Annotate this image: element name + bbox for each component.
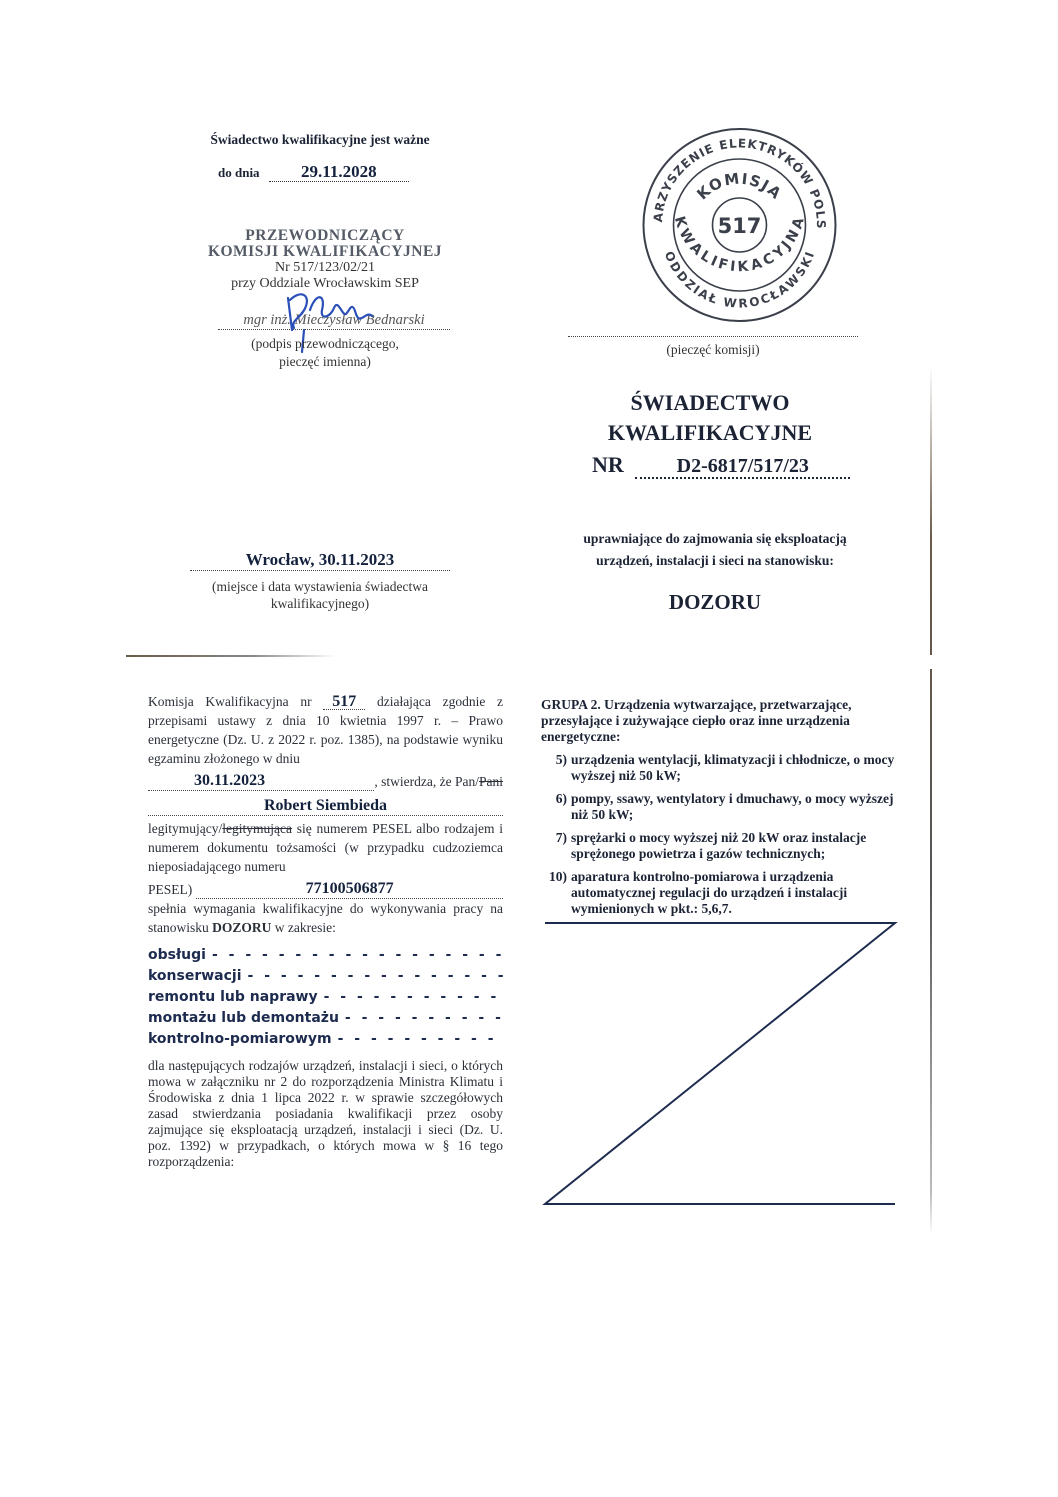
certificate-number-label: NR bbox=[592, 452, 624, 477]
validity-label: Świadectwo kwalifikacyjne jest ważne bbox=[190, 132, 450, 148]
regulation-text: dla następujących rodzajów urządzeń, ins… bbox=[148, 1058, 503, 1170]
issue-caption-1: (miejsce i data wystawienia świadectwa bbox=[185, 578, 455, 595]
device-item-text: urządzenia wentylacji, klimatyzacji i ch… bbox=[571, 752, 903, 784]
exam-date: 30.11.2023 bbox=[148, 772, 374, 791]
scope-item: konserwacji- - - - - - - - - - - - - - -… bbox=[148, 966, 503, 987]
entitlement-line-2: urządzeń, instalacji i sieci na stanowis… bbox=[550, 550, 880, 572]
certificate-number-row: NR D2-6817/517/23 bbox=[592, 452, 850, 479]
validity-prefix: do dnia bbox=[218, 165, 260, 180]
chairman-title-1: PRZEWODNICZĄCY bbox=[190, 228, 460, 244]
entitlement-line-1: uprawniające do zajmowania się eksploata… bbox=[550, 528, 880, 550]
scope-label: konserwacji bbox=[148, 966, 242, 987]
certificate-title-2: KWALIFIKACYJNE bbox=[560, 418, 860, 448]
pesel-text: legitymujący/ bbox=[148, 821, 222, 836]
scope-label: remontu lub naprawy bbox=[148, 987, 318, 1008]
scope-dashes: - - - - - - - - - - - - - - - - - - - - … bbox=[248, 966, 503, 987]
stamp-signature-line bbox=[568, 336, 858, 337]
scope-item: kontrolno-pomiarowym- - - - - - - - - - … bbox=[148, 1029, 503, 1050]
device-item-number: 6) bbox=[541, 791, 571, 823]
void-z-mark bbox=[540, 918, 905, 1213]
scope-dashes: - - - - - - - - - - - - - - - - - - - - … bbox=[212, 945, 503, 966]
issue-caption-2: kwalifikacyjnego) bbox=[185, 595, 455, 612]
device-item: 7)sprężarki o mocy wyższej niż 20 kW ora… bbox=[541, 830, 903, 862]
device-item: 10)aparatura kontrolno-pomiarowa i urząd… bbox=[541, 869, 903, 917]
pesel-row: PESEL) 77100506877 bbox=[148, 880, 503, 899]
certificate-title: ŚWIADECTWO KWALIFIKACYJNE bbox=[560, 388, 860, 448]
position-title: DOZORU bbox=[560, 590, 870, 615]
certificate-body-left: Komisja Kwalifikacyjna nr 517 działająca… bbox=[148, 692, 503, 1170]
certificate-number: D2-6817/517/23 bbox=[635, 455, 850, 479]
chairman-caption-2: pieczęć imienna) bbox=[205, 353, 445, 371]
requirements-text-2: w zakresie: bbox=[275, 920, 336, 935]
validity-date: 29.11.2028 bbox=[269, 163, 409, 182]
validity-row: do dnia 29.11.2028 bbox=[218, 163, 409, 182]
pesel-value: 77100506877 bbox=[196, 880, 503, 899]
chairman-caption: (podpis przewodniczącego, pieczęć imienn… bbox=[205, 335, 445, 371]
certificate-title-1: ŚWIADECTWO bbox=[560, 388, 860, 418]
paragraph-pesel: legitymujący/legitymująca się numerem PE… bbox=[148, 819, 503, 876]
exam-date-row: 30.11.2023 , stwierdza, że Pan/ Pani bbox=[148, 772, 503, 791]
device-item-number: 7) bbox=[541, 830, 571, 862]
scope-label: montażu lub demontażu bbox=[148, 1008, 339, 1029]
scope-label: kontrolno-pomiarowym bbox=[148, 1029, 332, 1050]
commission-text: Komisja Kwalifikacyjna nr bbox=[148, 694, 312, 709]
svg-text:ODDZIAŁ WROCŁAWSKI: ODDZIAŁ WROCŁAWSKI bbox=[662, 249, 818, 310]
scope-item: montażu lub demontażu- - - - - - - - - -… bbox=[148, 1008, 503, 1029]
device-item-text: sprężarki o mocy wyższej niż 20 kW oraz … bbox=[571, 830, 903, 862]
device-item: 5)urządzenia wentylacji, klimatyzacji i … bbox=[541, 752, 903, 784]
commission-stamp-icon: STOWARZYSZENIE ELEKTRYKÓW POLSKICH ODDZI… bbox=[632, 125, 847, 325]
pesel-label: PESEL) bbox=[148, 880, 196, 899]
page-edge-gap bbox=[928, 655, 934, 669]
entitlement-text: uprawniające do zajmowania się eksploata… bbox=[550, 528, 880, 572]
device-item-text: pompy, ssawy, wentylatory i dmuchawy, o … bbox=[571, 791, 903, 823]
page-edge bbox=[930, 365, 932, 1235]
issue-place-date: Wrocław, 30.11.2023 bbox=[190, 550, 450, 571]
scope-dashes: - - - - - - - - - - - - - - - - - - - - … bbox=[324, 987, 503, 1008]
paragraph-requirements: spełnia wymagania kwalifikacyjne do wyko… bbox=[148, 899, 503, 937]
scope-item: obsługi- - - - - - - - - - - - - - - - -… bbox=[148, 945, 503, 966]
exam-date-suffix: , stwierdza, że Pan/ bbox=[374, 772, 479, 791]
device-item-text: aparatura kontrolno-pomiarowa i urządzen… bbox=[571, 869, 903, 917]
scope-item: remontu lub naprawy- - - - - - - - - - -… bbox=[148, 987, 503, 1008]
commission-number: 517 bbox=[323, 695, 365, 710]
scope-list: obsługi- - - - - - - - - - - - - - - - -… bbox=[148, 945, 503, 1050]
paragraph-commission: Komisja Kwalifikacyjna nr 517 działająca… bbox=[148, 692, 503, 768]
chairman-caption-1: (podpis przewodniczącego, bbox=[205, 335, 445, 353]
requirements-position: DOZORU bbox=[212, 920, 271, 935]
scope-label: obsługi bbox=[148, 945, 206, 966]
struck-text-2: legitymująca bbox=[222, 821, 292, 836]
group-heading: GRUPA 2. Urządzenia wytwarzające, przetw… bbox=[541, 697, 903, 745]
certificate-body-right: GRUPA 2. Urządzenia wytwarzające, przetw… bbox=[541, 697, 903, 924]
person-name-row: Robert Siembieda bbox=[148, 797, 503, 816]
scope-dashes: - - - - - - - - - - - - - - - - - - - - … bbox=[345, 1008, 503, 1029]
struck-text: Pani bbox=[479, 772, 503, 791]
chairman-number: Nr 517/123/02/21 bbox=[190, 260, 460, 276]
scope-dashes: - - - - - - - - - - - - - - - - - - - - … bbox=[338, 1029, 503, 1050]
device-list: 5)urządzenia wentylacji, klimatyzacji i … bbox=[541, 752, 903, 917]
device-item-number: 10) bbox=[541, 869, 571, 917]
issue-caption: (miejsce i data wystawienia świadectwa k… bbox=[185, 578, 455, 612]
device-item-number: 5) bbox=[541, 752, 571, 784]
fold-line bbox=[126, 655, 336, 657]
svg-text:517: 517 bbox=[718, 214, 762, 238]
chairman-title-2: KOMISJI KWALIFIKACYJNEJ bbox=[190, 244, 460, 260]
device-item: 6)pompy, ssawy, wentylatory i dmuchawy, … bbox=[541, 791, 903, 823]
stamp-caption: (pieczęć komisji) bbox=[568, 342, 858, 358]
person-name: Robert Siembieda bbox=[148, 797, 503, 816]
